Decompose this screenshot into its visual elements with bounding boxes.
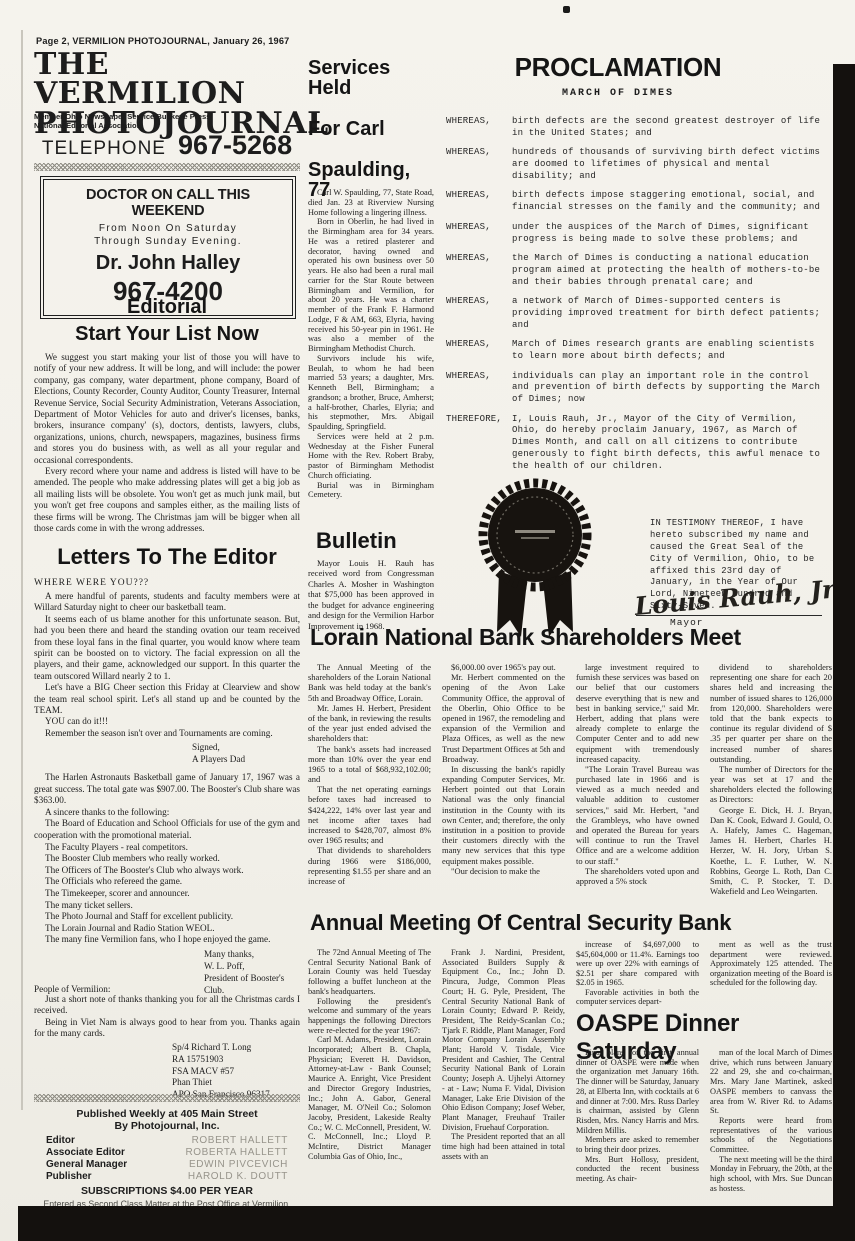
scan-right-edge — [833, 64, 855, 1241]
role-label: Editor — [46, 1135, 75, 1146]
telephone-row: TELEPHONE 967-5268 — [34, 130, 300, 161]
letter-boosters-club: The Harlen Astronauts Basketball game of… — [34, 772, 300, 997]
publisher-role-row: Publisher HAROLD K. DOUTT — [46, 1171, 288, 1182]
clause-label: WHEREAS, — [446, 190, 512, 213]
subscriptions-line: SUBSCRIPTIONS $4.00 PER YEAR — [34, 1185, 300, 1197]
letter3-salutation: People of Vermilion: — [34, 984, 300, 994]
clause-text: birth defects impose staggering emotiona… — [512, 190, 826, 213]
scan-bottom-edge — [18, 1206, 855, 1241]
bulletin-title: Bulletin — [316, 528, 442, 554]
proclamation-subtitle: MARCH OF DIMES — [448, 88, 788, 99]
doctor-box-line1: From Noon On Saturday — [48, 223, 288, 234]
whereas-clause: WHEREAS, birth defects are the second gr… — [446, 116, 826, 139]
letter-vietnam: People of Vermilion: Just a short note o… — [34, 984, 300, 1101]
doctor-box-title: DOCTOR ON CALL THIS WEEKEND — [48, 187, 288, 219]
letter1-heading: WHERE WERE YOU??? — [34, 578, 300, 588]
clause-label: WHEREAS, — [446, 116, 512, 139]
role-value: ROBERTA HALLETT — [185, 1147, 288, 1158]
clause-label: WHEREAS, — [446, 253, 512, 288]
publisher-role-row: Associate Editor ROBERTA HALLETT — [46, 1147, 288, 1158]
letter-where-were-you: WHERE WERE YOU??? A mere handful of pare… — [34, 578, 300, 766]
whereas-clause: WHEREAS, birth defects impose staggering… — [446, 190, 826, 213]
central-article-col3: increase of $4,697,000 to $45,604,000 or… — [576, 940, 699, 1007]
clause-label: WHEREAS, — [446, 296, 512, 331]
page-header: Page 2, VERMILION PHOTOJOURNAL, January … — [36, 36, 302, 46]
letter2-body: The Harlen Astronauts Basketball game of… — [34, 772, 300, 946]
proclamation-clauses: WHEREAS, birth defects are the second gr… — [446, 116, 826, 480]
clause-label: WHEREAS, — [446, 222, 512, 245]
scan-left-edge — [21, 30, 23, 1110]
role-value: ROBERT HALLETT — [192, 1135, 288, 1146]
whereas-clause: WHEREAS, under the auspices of the March… — [446, 222, 826, 245]
hatched-divider-top — [34, 163, 300, 171]
whereas-clause: WHEREAS, hundreds of thousands of surviv… — [446, 147, 826, 182]
central-article-col2: Frank J. Nardini, President, Associated … — [442, 948, 565, 1161]
oaspe-article-col2: man of the local March of Dimes drive, w… — [710, 1048, 832, 1194]
clause-text: birth defects are the second greatest de… — [512, 116, 826, 139]
oaspe-article-col1: Final plans for the first annual dinner … — [576, 1048, 699, 1184]
central-article-col1: The 72nd Annual Meeting of The Central S… — [308, 948, 431, 1161]
clause-label: THEREFORE, — [446, 414, 512, 472]
central-article-col4: ment as well as the trust department wer… — [710, 940, 832, 988]
lorain-article-col1: The Annual Meeting of the shareholders o… — [308, 662, 431, 886]
role-value: EDWIN PIVCEVICH — [189, 1159, 288, 1170]
clause-text: under the auspices of the March of Dimes… — [512, 222, 826, 245]
role-label: General Manager — [46, 1159, 127, 1170]
publisher-line2: By Photojournal, Inc. — [34, 1120, 300, 1132]
letter1-body: A mere handful of parents, students and … — [34, 591, 300, 739]
letters-to-editor-title: Letters To The Editor — [34, 544, 300, 570]
clause-label: WHEREAS, — [446, 339, 512, 362]
letter3-address: Sp/4 Richard T. LongRA 15751903FSA MACV … — [172, 1042, 300, 1102]
whereas-clause: WHEREAS, the March of Dimes is conductin… — [446, 253, 826, 288]
clause-text: a network of March of Dimes-supported ce… — [512, 296, 826, 331]
scan-artifact — [563, 6, 570, 13]
newspaper-page: Page 2, VERMILION PHOTOJOURNAL, January … — [0, 0, 855, 1241]
clause-text: I, Louis Rauh, Jr., Mayor of the City of… — [512, 414, 826, 472]
editorial-kicker: Editorial — [34, 296, 300, 319]
publisher-role-row: General Manager EDWIN PIVCEVICH — [46, 1159, 288, 1170]
doctor-box-line2: Through Sunday Evening. — [48, 236, 288, 247]
letter3-body: Just a short note of thanks thanking you… — [34, 994, 300, 1040]
clause-label: WHEREAS, — [446, 147, 512, 182]
editorial-body: We suggest you start making your list of… — [34, 352, 300, 535]
bulletin-body: Mayor Louis H. Rauh has received word fr… — [308, 558, 434, 631]
role-label: Publisher — [46, 1171, 92, 1182]
whereas-clause: WHEREAS, individuals can play an importa… — [446, 371, 826, 406]
role-value: HAROLD K. DOUTT — [188, 1171, 288, 1182]
letter1-signoff: Signed,A Players Dad — [192, 742, 300, 766]
central-article-title: Annual Meeting Of Central Security Bank — [310, 910, 830, 936]
hatched-divider-bottom — [34, 1094, 300, 1102]
telephone-number: 967-5268 — [178, 130, 292, 161]
editorial-title: Start Your List Now — [34, 323, 300, 346]
lorain-article-col3: large investment required to furnish the… — [576, 662, 699, 886]
telephone-label: TELEPHONE — [42, 138, 166, 160]
whereas-clause: WHEREAS, a network of March of Dimes-sup… — [446, 296, 826, 331]
proclamation-title: PROCLAMATION — [448, 52, 788, 83]
publisher-role-row: Editor ROBERT HALLETT — [46, 1135, 288, 1146]
therefore-clause: THEREFORE, I, Louis Rauh, Jr., Mayor of … — [446, 414, 826, 472]
clause-text: hundreds of thousands of surviving birth… — [512, 147, 826, 182]
clause-text: individuals can play an important role i… — [512, 371, 826, 406]
clause-label: WHEREAS, — [446, 371, 512, 406]
masthead-member-lines: Member Ohio Newspaper Service Buckeye Pr… — [34, 112, 300, 131]
publisher-line1: Published Weekly at 405 Main Street — [34, 1108, 300, 1120]
mayor-signature-block: Louis Rauh, Jr. Mayor — [636, 592, 836, 628]
role-label: Associate Editor — [46, 1147, 125, 1158]
clause-text: the March of Dimes is conducting a natio… — [512, 253, 826, 288]
clause-text: March of Dimes research grants are enabl… — [512, 339, 826, 362]
doctor-name: Dr. John Halley — [48, 252, 288, 275]
lorain-article-col2: $6,000.00 over 1965's pay out.Mr. Herber… — [442, 662, 565, 876]
publisher-box: Published Weekly at 405 Main Street By P… — [34, 1108, 300, 1222]
obituary-body: Carl W. Spaulding, 77, State Road, died … — [308, 188, 434, 500]
lorain-article-col4: dividend to shareholders representing on… — [710, 662, 832, 896]
whereas-clause: WHEREAS, March of Dimes research grants … — [446, 339, 826, 362]
lorain-article-title: Lorain National Bank Shareholders Meet — [310, 624, 830, 651]
